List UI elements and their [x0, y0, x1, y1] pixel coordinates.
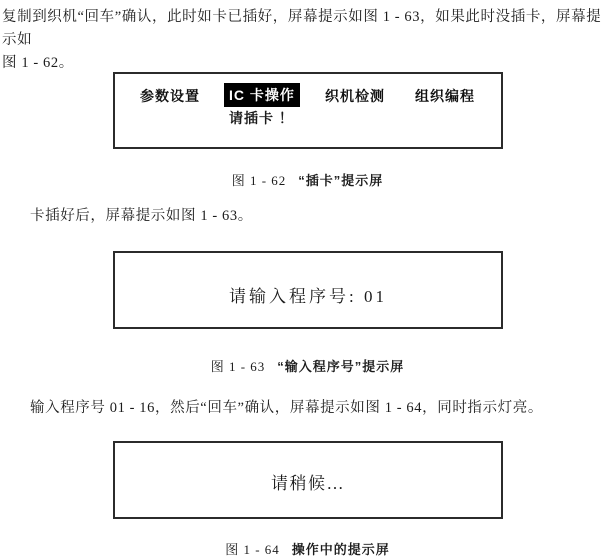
- menu-item-loom-detection: 织机检测: [325, 86, 385, 106]
- menu-item-ic-card-operation-selected: IC 卡操作: [224, 83, 300, 107]
- figure-1-62-screen: 参数设置 IC 卡操作 织机检测 组织编程 请插卡 ！: [113, 72, 503, 149]
- figure-1-63-caption-title: “输入程序号”提示屏: [277, 359, 404, 374]
- lcd-message-enter-program-number: 请输入程序号: 01: [115, 253, 501, 327]
- paragraph-intro-line1: 复制到织机“回车”确认，此时如卡已插好，屏幕提示如图 1 - 63，如果此时没插…: [2, 9, 601, 48]
- paragraph-intro: 复制到织机“回车”确认，此时如卡已插好，屏幕提示如图 1 - 63，如果此时没插…: [2, 6, 614, 75]
- figure-1-63-caption-number: 图 1 - 63: [211, 359, 266, 374]
- figure-1-64-caption-title: 操作中的提示屏: [292, 542, 390, 557]
- figure-1-62-caption-number: 图 1 - 62: [232, 173, 287, 188]
- figure-1-64-caption-number: 图 1 - 64: [225, 542, 280, 557]
- figure-1-63-screen: 请输入程序号: 01: [113, 251, 503, 329]
- paragraph-enter-program-number: 输入程序号 01 - 16，然后“回车”确认，屏幕提示如图 1 - 64，同时指…: [30, 397, 543, 420]
- manual-page: 复制到织机“回车”确认，此时如卡已插好，屏幕提示如图 1 - 63，如果此时没插…: [0, 0, 615, 560]
- menu-item-weave-programming: 组织编程: [415, 86, 475, 106]
- figure-1-62-caption-title: “插卡”提示屏: [298, 173, 383, 188]
- menu-item-parameter-settings: 参数设置: [140, 86, 200, 106]
- paragraph-card-inserted: 卡插好后，屏幕提示如图 1 - 63。: [30, 205, 253, 228]
- lcd-message-please-wait: 请稍候…: [115, 443, 501, 517]
- lcd-message-insert-card: 请插卡 ！: [229, 108, 294, 128]
- paragraph-intro-line2: 图 1 - 62。: [2, 55, 74, 71]
- figure-1-64-screen: 请稍候…: [113, 441, 503, 519]
- figure-1-62-caption: 图 1 - 62“插卡”提示屏: [0, 170, 615, 190]
- figure-1-64-caption: 图 1 - 64操作中的提示屏: [0, 539, 615, 559]
- figure-1-63-caption: 图 1 - 63“输入程序号”提示屏: [0, 356, 615, 376]
